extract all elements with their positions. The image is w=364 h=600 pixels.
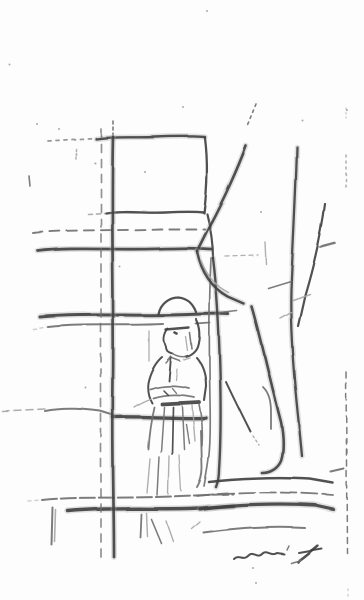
paper-speck-9 <box>58 128 60 130</box>
skirt-fold-2 <box>172 407 173 454</box>
paper-speck-13 <box>85 387 87 389</box>
bottomleft-stroke-1 <box>52 508 53 545</box>
rail-4 <box>113 417 206 418</box>
paper-speck-8 <box>9 64 11 66</box>
pencil-sketch-drawing <box>0 0 364 600</box>
bottomleft-stroke-2 <box>55 510 56 542</box>
sketch-page <box>0 0 364 600</box>
paper-speck-7 <box>346 109 348 111</box>
paper-speck-5 <box>252 567 254 569</box>
leg-2 <box>146 513 147 536</box>
paper-speck-0 <box>36 123 38 125</box>
eye <box>175 333 177 334</box>
paper-speck-6 <box>255 582 257 584</box>
belt <box>162 402 199 404</box>
paper-speck-3 <box>182 106 184 108</box>
paper-speck-12 <box>119 266 121 268</box>
paper-speck-11 <box>260 211 262 213</box>
paper-speck-2 <box>144 171 146 173</box>
paper-speck-1 <box>94 162 96 164</box>
paper-speck-4 <box>206 10 208 12</box>
right-dotted-2 <box>346 372 347 553</box>
leg-1 <box>140 514 141 537</box>
paper-speck-10 <box>301 119 303 121</box>
left-tick-1 <box>29 176 30 186</box>
skirt-low-3 <box>168 456 169 494</box>
fold-tick-v <box>265 242 266 264</box>
